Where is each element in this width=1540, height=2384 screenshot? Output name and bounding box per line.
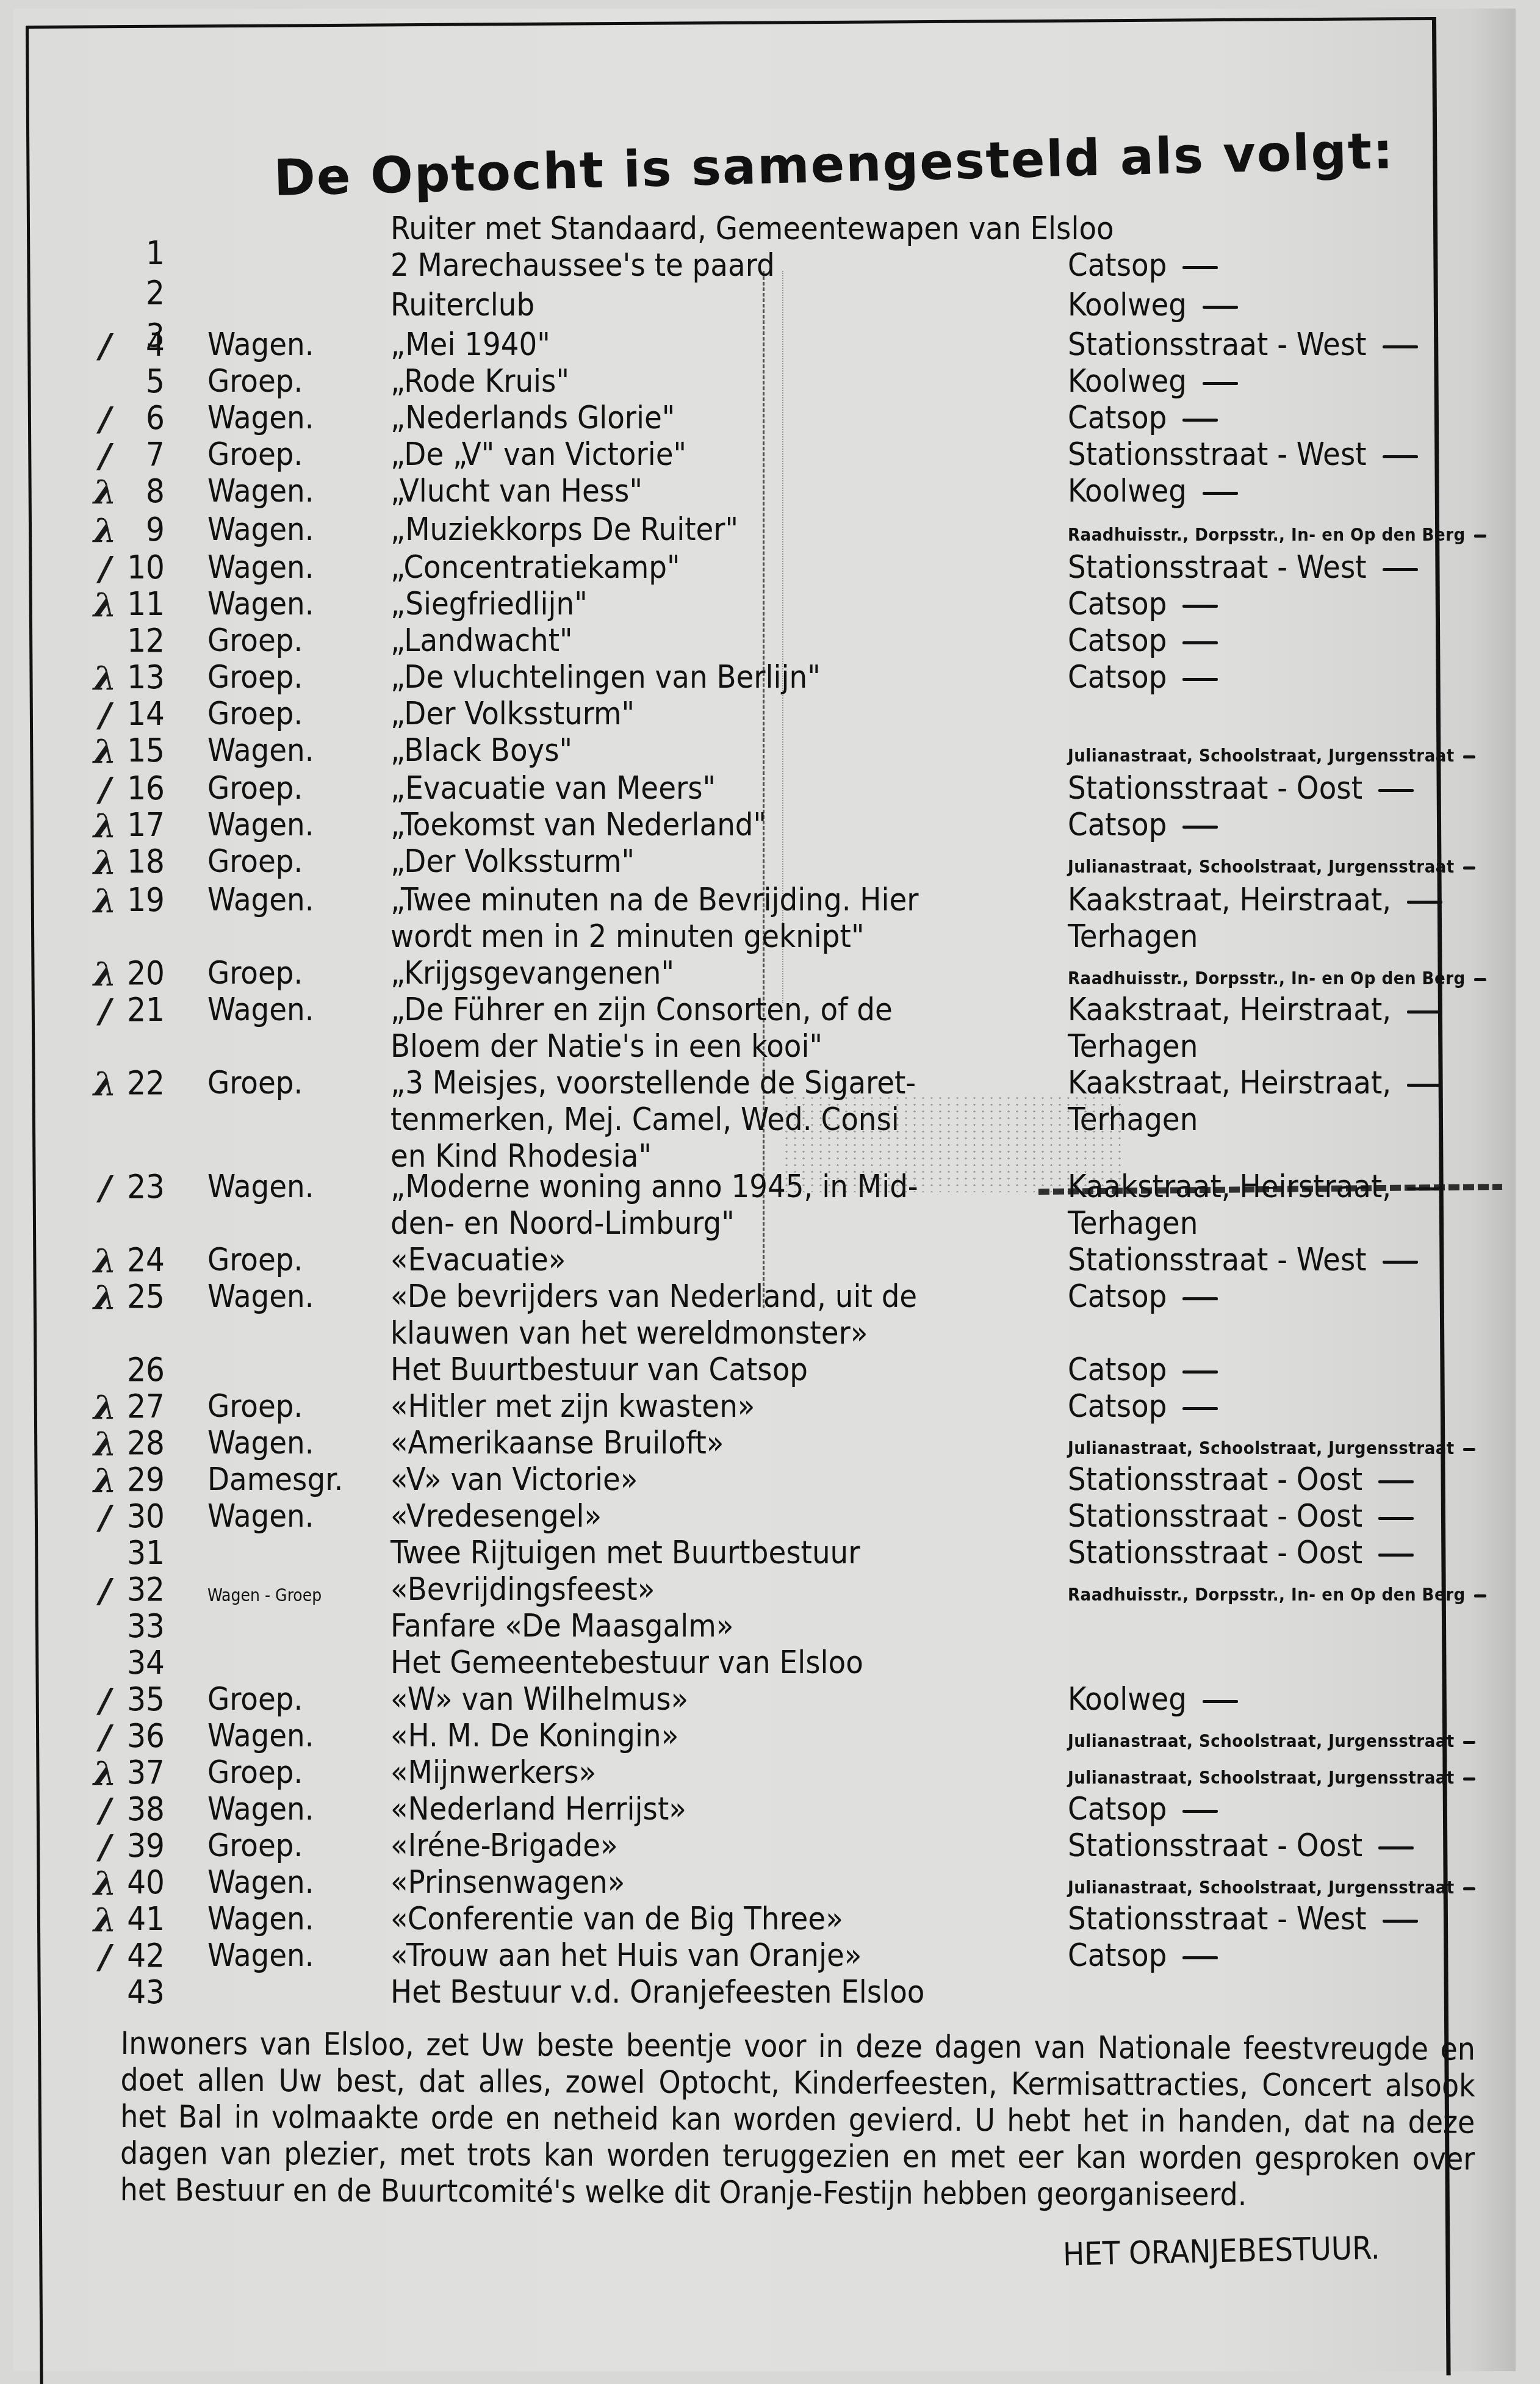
item-type: Wagen.	[207, 1425, 314, 1461]
parade-item: 1Ruiter met Standaard, Gemeentewapen van…	[0, 211, 1540, 247]
item-route: Julianastraat, Schoolstraat, Jurgensstra…	[1068, 1723, 1475, 1759]
item-type: Groep.	[207, 955, 303, 992]
description-line: «Hitler met zijn kwasten»	[390, 1388, 755, 1425]
route-line: Kaakstraat, Heirstraat,	[1068, 1065, 1442, 1101]
item-number: 41	[92, 1901, 165, 1937]
handwritten-dash-icon	[1378, 1554, 1414, 1557]
item-type: Groep.	[207, 1754, 303, 1791]
item-route: Julianastraat, Schoolstraat, Jurgensstra…	[1068, 1869, 1475, 1906]
item-description: „Siegfriedlijn"	[390, 586, 588, 622]
parade-item: /4Wagen.„Mei 1940"Stationsstraat - West	[0, 326, 1540, 363]
route-line: Raadhuisstr., Dorpsstr., In- en Op den B…	[1068, 516, 1486, 553]
description-line: Ruiterclub	[390, 287, 534, 323]
route-line: Terhagen	[1068, 1028, 1442, 1065]
description-line: «Nederland Herrijst»	[390, 1791, 686, 1828]
item-description: „Concentratiekamp"	[390, 549, 680, 586]
handwritten-dash-icon	[1203, 306, 1238, 309]
route-text: Raadhuisstr., Dorpsstr., In- en Op den B…	[1068, 968, 1466, 989]
parade-item: λ15Wagen.„Black Boys"Julianastraat, Scho…	[0, 732, 1540, 769]
parade-item: λ29Damesgr.«V» van Victorie»Stationsstra…	[0, 1461, 1540, 1498]
route-text: Koolweg	[1068, 1681, 1187, 1718]
item-description: «H. M. De Koningin»	[390, 1718, 678, 1754]
handwritten-dash-icon	[1182, 826, 1218, 829]
item-description: Fanfare «De Maasgalm»	[390, 1608, 733, 1644]
route-text: Stationsstraat - West	[1068, 436, 1367, 473]
route-line: Kaakstraat, Heirstraat,	[1068, 992, 1442, 1028]
description-line: „Moderne woning anno 1945, in Mid-	[390, 1169, 918, 1205]
handwritten-dash-icon	[1407, 1010, 1442, 1014]
item-type: Wagen.	[207, 326, 314, 363]
item-number: 35	[92, 1681, 165, 1718]
description-line: Het Buurtbestuur van Catsop	[390, 1352, 808, 1388]
item-description: Het Buurtbestuur van Catsop	[390, 1352, 808, 1388]
description-line: „Nederlands Glorie"	[390, 400, 675, 436]
item-description: „Vlucht van Hess"	[390, 473, 642, 510]
item-route: Catsop	[1068, 1352, 1218, 1388]
item-description: Ruiterclub	[390, 287, 534, 323]
handwritten-dash-icon	[1407, 1084, 1442, 1087]
route-line: Stationsstraat - Oost	[1068, 1498, 1414, 1535]
item-route: Julianastraat, Schoolstraat, Jurgensstra…	[1068, 737, 1475, 774]
item-route: Stationsstraat - West	[1068, 326, 1418, 363]
item-route: Catsop	[1068, 586, 1218, 622]
description-line: Twee Rijtuigen met Buurtbestuur	[390, 1535, 860, 1571]
description-line: «V» van Victorie»	[390, 1461, 638, 1498]
item-description: „Rode Kruis"	[390, 363, 569, 400]
route-line: Catsop	[1068, 622, 1218, 659]
item-description: «Hitler met zijn kwasten»	[390, 1388, 755, 1425]
item-number: 11	[92, 586, 165, 622]
item-number: 6	[92, 400, 165, 436]
handwritten-dash-icon	[1383, 568, 1418, 571]
item-number: 34	[92, 1644, 165, 1681]
handwritten-dash-icon	[1407, 1187, 1442, 1190]
item-description: «Vredesengel»	[390, 1498, 602, 1535]
item-number: 42	[92, 1937, 165, 1974]
route-line: Stationsstraat - Oost	[1068, 1828, 1414, 1864]
description-line: Ruiter met Standaard, Gemeentewapen van …	[390, 211, 1114, 247]
route-line: Catsop	[1068, 1352, 1218, 1388]
parade-item: 22 Marechaussee's te paardCatsop	[0, 247, 1540, 284]
description-line: „Rode Kruis"	[390, 363, 569, 400]
description-line: wordt men in 2 minuten geknipt"	[390, 918, 919, 955]
item-type: Wagen.	[207, 1864, 314, 1901]
parade-item: λ22Groep.„3 Meisjes, voorstellende de Si…	[0, 1065, 1540, 1101]
route-text: Catsop	[1068, 1278, 1167, 1315]
item-number: 21	[92, 992, 165, 1028]
route-text: Koolweg	[1068, 473, 1187, 510]
route-text: Stationsstraat - Oost	[1068, 1828, 1362, 1864]
route-text: Terhagen	[1068, 1205, 1198, 1242]
item-description: «De bevrijders van Nederland, uit deklau…	[390, 1278, 917, 1352]
item-type: Wagen.	[207, 732, 314, 769]
route-line: Kaakstraat, Heirstraat,	[1068, 1169, 1442, 1205]
parade-item: /39Groep.«Iréne-Brigade»Stationsstraat -…	[0, 1828, 1540, 1864]
item-route: Stationsstraat - Oost	[1068, 1498, 1414, 1535]
route-text: Catsop	[1068, 1791, 1167, 1828]
route-line: Koolweg	[1068, 473, 1238, 510]
item-type: Wagen.	[207, 511, 314, 548]
item-route: Catsop	[1068, 1278, 1218, 1315]
route-line: Julianastraat, Schoolstraat, Jurgensstra…	[1068, 848, 1475, 885]
route-line: Julianastraat, Schoolstraat, Jurgensstra…	[1068, 737, 1475, 774]
item-route: Catsop	[1068, 659, 1218, 696]
parade-item: 31Twee Rijtuigen met BuurtbestuurStation…	[0, 1535, 1540, 1571]
route-line: Stationsstraat - West	[1068, 326, 1418, 363]
route-line: Koolweg	[1068, 1681, 1238, 1718]
closing-text: Inwoners van Elsloo, zet Uw beste beentj…	[120, 2026, 1475, 2215]
item-number: 29	[92, 1461, 165, 1498]
route-line: Catsop	[1068, 807, 1218, 843]
parade-item: 3RuiterclubKoolweg	[0, 287, 1540, 323]
item-number: 40	[92, 1864, 165, 1901]
item-type: Wagen.	[207, 1901, 314, 1937]
parade-item: /38Wagen.«Nederland Herrijst»Catsop	[0, 1791, 1540, 1828]
handwritten-dash-icon	[1378, 789, 1414, 792]
route-line: Terhagen	[1068, 1101, 1442, 1138]
route-line: Koolweg	[1068, 363, 1238, 400]
parade-item: λ27Groep.«Hitler met zijn kwasten»Catsop	[0, 1388, 1540, 1425]
item-number: 22	[92, 1065, 165, 1101]
route-text: Stationsstraat - Oost	[1068, 770, 1362, 807]
parade-item: /21Wagen.„De Führer en zijn Consorten, o…	[0, 992, 1540, 1028]
item-type: Wagen.	[207, 473, 314, 510]
parade-item: 43Het Bestuur v.d. Oranjefeesten Elsloo	[0, 1974, 1540, 2011]
route-text: Catsop	[1068, 586, 1167, 622]
parade-item: /6Wagen.„Nederlands Glorie"Catsop	[0, 400, 1540, 436]
route-text: Julianastraat, Schoolstraat, Jurgensstra…	[1068, 1438, 1455, 1458]
parade-item: λ9Wagen.„Muziekkorps De Ruiter"Raadhuiss…	[0, 511, 1540, 548]
description-line: „Mei 1940"	[390, 326, 550, 363]
item-description: Twee Rijtuigen met Buurtbestuur	[390, 1535, 860, 1571]
item-type: Wagen.	[207, 1718, 314, 1754]
handwritten-dash-icon	[1182, 1370, 1218, 1374]
item-route: Koolweg	[1068, 363, 1238, 400]
item-description: „De „V" van Victorie"	[390, 436, 686, 473]
parade-item: 5Groep.„Rode Kruis"Koolweg	[0, 363, 1540, 400]
route-line: Kaakstraat, Heirstraat,	[1068, 882, 1442, 918]
description-line: „Krijgsgevangenen"	[390, 955, 674, 992]
item-type: Groep.	[207, 622, 303, 659]
description-line: «Vredesengel»	[390, 1498, 602, 1535]
handwritten-dash-icon	[1182, 1810, 1218, 1813]
item-description: „Landwacht"	[390, 622, 573, 659]
item-route: Stationsstraat - Oost	[1068, 770, 1414, 807]
handwritten-dash-icon	[1182, 641, 1218, 644]
description-line: „Landwacht"	[390, 622, 573, 659]
handwritten-dash-icon	[1182, 1297, 1218, 1300]
item-type: Groep.	[207, 363, 303, 400]
item-description: «Mijnwerkers»	[390, 1754, 596, 1791]
item-description: «Nederland Herrijst»	[390, 1791, 686, 1828]
item-route: Raadhuisstr., Dorpsstr., In- en Op den B…	[1068, 516, 1486, 553]
description-line: «Amerikaanse Bruiloft»	[390, 1425, 724, 1461]
route-line: Catsop	[1068, 1278, 1218, 1315]
parade-item: /32Wagen - Groep«Bevrijdingsfeest»Raadhu…	[0, 1571, 1540, 1608]
item-route: Kaakstraat, Heirstraat,Terhagen	[1068, 992, 1442, 1065]
handwritten-dash-icon	[1203, 492, 1238, 495]
item-number: 28	[92, 1425, 165, 1461]
handwritten-dash-icon	[1463, 1448, 1475, 1451]
item-description: „Nederlands Glorie"	[390, 400, 675, 436]
description-line: «Prinsenwagen»	[390, 1864, 625, 1901]
item-number: 18	[92, 843, 165, 880]
item-type: Groep.	[207, 1681, 303, 1718]
item-description: «V» van Victorie»	[390, 1461, 638, 1498]
item-number: 7	[92, 436, 165, 473]
parade-item: λ28Wagen.«Amerikaanse Bruiloft»Julianast…	[0, 1425, 1540, 1461]
description-line: „Der Volkssturm"	[390, 696, 635, 732]
route-line: Stationsstraat - West	[1068, 1901, 1418, 1937]
route-text: Stationsstraat - Oost	[1068, 1498, 1362, 1535]
item-route: Stationsstraat - West	[1068, 549, 1418, 586]
item-type: Groep.	[207, 843, 303, 880]
route-text: Stationsstraat - Oost	[1068, 1461, 1362, 1498]
closing-paragraph: Inwoners van Elsloo, zet Uw beste beentj…	[120, 2026, 1475, 2215]
parade-item: λ41Wagen.«Conferentie van de Big Three»S…	[0, 1901, 1540, 1937]
description-line: „Twee minuten na de Bevrijding. Hier	[390, 882, 919, 918]
route-line: Catsop	[1068, 1937, 1218, 1974]
route-text: Catsop	[1068, 807, 1167, 843]
item-number: 27	[92, 1388, 165, 1425]
item-route: Catsop	[1068, 1388, 1218, 1425]
parade-item: λ37Groep.«Mijnwerkers»Julianastraat, Sch…	[0, 1754, 1540, 1791]
route-line: Terhagen	[1068, 1205, 1442, 1242]
item-type: Wagen.	[207, 1937, 314, 1974]
route-text: Stationsstraat - West	[1068, 549, 1367, 586]
parade-item: λ25Wagen.«De bevrijders van Nederland, u…	[0, 1278, 1540, 1315]
handwritten-dash-icon	[1182, 1407, 1218, 1410]
item-type: Groep.	[207, 1828, 303, 1864]
parade-item: /16Groep.„Evacuatie van Meers"Stationsst…	[0, 770, 1540, 807]
handwritten-dash-icon	[1182, 419, 1218, 422]
item-description: «Amerikaanse Bruiloft»	[390, 1425, 724, 1461]
item-number: 15	[92, 732, 165, 769]
item-route: Stationsstraat - Oost	[1068, 1828, 1414, 1864]
route-text: Stationsstraat - Oost	[1068, 1535, 1362, 1571]
item-number: 37	[92, 1754, 165, 1791]
route-line: Julianastraat, Schoolstraat, Jurgensstra…	[1068, 1723, 1475, 1759]
item-number: 4	[92, 326, 165, 363]
item-description: 2 Marechaussee's te paard	[390, 247, 775, 284]
item-number: 5	[92, 363, 165, 400]
route-line: Stationsstraat - Oost	[1068, 1461, 1414, 1498]
description-line: „Toekomst van Nederland"	[390, 807, 766, 843]
item-description: „Der Volkssturm"	[390, 696, 635, 732]
description-line: „Evacuatie van Meers"	[390, 770, 716, 807]
parade-item: λ13Groep.„De vluchtelingen van Berlijn"C…	[0, 659, 1540, 696]
item-route: Julianastraat, Schoolstraat, Jurgensstra…	[1068, 848, 1475, 885]
route-text: Catsop	[1068, 622, 1167, 659]
item-description: «Trouw aan het Huis van Oranje»	[390, 1937, 862, 1974]
item-route: Catsop	[1068, 807, 1218, 843]
description-line: den- en Noord-Limburg"	[390, 1205, 918, 1242]
item-type: Wagen.	[207, 1169, 314, 1205]
item-number: 31	[92, 1535, 165, 1571]
route-line: Julianastraat, Schoolstraat, Jurgensstra…	[1068, 1759, 1475, 1796]
handwritten-dash-icon	[1383, 1920, 1418, 1923]
route-text: Catsop	[1068, 1352, 1167, 1388]
description-line: „Vlucht van Hess"	[390, 473, 642, 510]
item-description: Het Bestuur v.d. Oranjefeesten Elsloo	[390, 1974, 924, 2011]
item-number: 39	[92, 1828, 165, 1864]
item-route: Stationsstraat - West	[1068, 1242, 1418, 1278]
parade-item: λ24Groep.«Evacuatie»Stationsstraat - Wes…	[0, 1242, 1540, 1278]
route-line: Stationsstraat - West	[1068, 1242, 1418, 1278]
route-text: Catsop	[1068, 1937, 1167, 1974]
description-line: «Trouw aan het Huis van Oranje»	[390, 1937, 862, 1974]
description-line: «De bevrijders van Nederland, uit de	[390, 1278, 917, 1315]
parade-item: λ18Groep.„Der Volkssturm"Julianastraat, …	[0, 843, 1540, 880]
item-number: 9	[92, 511, 165, 548]
route-line: Stationsstraat - West	[1068, 549, 1418, 586]
route-text: Koolweg	[1068, 287, 1187, 323]
route-text: Catsop	[1068, 247, 1167, 284]
route-text: Kaakstraat, Heirstraat,	[1068, 1169, 1391, 1205]
route-line: Stationsstraat - Oost	[1068, 1535, 1414, 1571]
parade-item: /30Wagen.«Vredesengel»Stationsstraat - O…	[0, 1498, 1540, 1535]
description-line: Het Bestuur v.d. Oranjefeesten Elsloo	[390, 1974, 924, 2011]
parade-item: λ11Wagen.„Siegfriedlijn"Catsop	[0, 586, 1540, 622]
item-number: 12	[92, 622, 165, 659]
route-line: Stationsstraat - Oost	[1068, 770, 1414, 807]
item-description: „De Führer en zijn Consorten, of deBloem…	[390, 992, 893, 1065]
description-line: „Black Boys"	[390, 732, 572, 769]
description-line: „De Führer en zijn Consorten, of de	[390, 992, 893, 1028]
route-text: Raadhuisstr., Dorpsstr., In- en Op den B…	[1068, 1584, 1466, 1605]
route-text: Kaakstraat, Heirstraat,	[1068, 1065, 1391, 1101]
handwritten-dash-icon	[1378, 1517, 1414, 1520]
route-text: Stationsstraat - West	[1068, 326, 1367, 363]
route-text: Terhagen	[1068, 1028, 1198, 1065]
description-line: „De vluchtelingen van Berlijn"	[390, 659, 821, 696]
parade-item: λ17Wagen.„Toekomst van Nederland"Catsop	[0, 807, 1540, 843]
item-type: Groep.	[207, 1242, 303, 1278]
item-description: „Muziekkorps De Ruiter"	[390, 511, 738, 548]
item-route: Koolweg	[1068, 473, 1238, 510]
handwritten-dash-icon	[1182, 678, 1218, 681]
item-description: „Krijgsgevangenen"	[390, 955, 674, 992]
route-line: Stationsstraat - West	[1068, 436, 1418, 473]
description-line: „Der Volkssturm"	[390, 843, 635, 880]
route-line: Catsop	[1068, 400, 1218, 436]
item-route: Julianastraat, Schoolstraat, Jurgensstra…	[1068, 1759, 1475, 1796]
item-route: Catsop	[1068, 247, 1218, 284]
route-line: Terhagen	[1068, 918, 1442, 955]
route-text: Catsop	[1068, 1388, 1167, 1425]
route-line: Catsop	[1068, 247, 1218, 284]
handwritten-dash-icon	[1182, 266, 1218, 269]
description-line: «Conferentie van de Big Three»	[390, 1901, 843, 1937]
description-line: tenmerken, Mej. Camel, Wed. Consi	[390, 1101, 916, 1138]
signature: HET ORANJEBESTUUR.	[1062, 2230, 1380, 2274]
route-line: Catsop	[1068, 659, 1218, 696]
item-description: „Black Boys"	[390, 732, 572, 769]
item-route: Kaakstraat, Heirstraat,Terhagen	[1068, 1065, 1442, 1138]
route-line: Raadhuisstr., Dorpsstr., In- en Op den B…	[1068, 1576, 1486, 1613]
handwritten-dash-icon	[1474, 1594, 1486, 1597]
description-line: «Bevrijdingsfeest»	[390, 1571, 655, 1608]
route-text: Koolweg	[1068, 363, 1187, 400]
item-type: Wagen.	[207, 1498, 314, 1535]
handwritten-dash-icon	[1383, 455, 1418, 458]
item-description: „3 Meisjes, voorstellende de Sigaret-ten…	[390, 1065, 916, 1175]
item-type: Wagen.	[207, 549, 314, 586]
route-line: Julianastraat, Schoolstraat, Jurgensstra…	[1068, 1869, 1475, 1906]
item-route: Kaakstraat, Heirstraat,Terhagen	[1068, 882, 1442, 955]
parade-item: λ40Wagen.«Prinsenwagen»Julianastraat, Sc…	[0, 1864, 1540, 1901]
item-description: «Conferentie van de Big Three»	[390, 1901, 843, 1937]
parade-item: /42Wagen.«Trouw aan het Huis van Oranje»…	[0, 1937, 1540, 1974]
item-description: Ruiter met Standaard, Gemeentewapen van …	[390, 211, 1114, 247]
parade-item: /10Wagen.„Concentratiekamp"Stationsstraa…	[0, 549, 1540, 586]
parade-item: 26Het Buurtbestuur van CatsopCatsop	[0, 1352, 1540, 1388]
item-number: 30	[92, 1498, 165, 1535]
route-text: Catsop	[1068, 400, 1167, 436]
handwritten-dash-icon	[1463, 1777, 1475, 1781]
item-type: Groep.	[207, 1388, 303, 1425]
parade-item: /7Groep.„De „V" van Victorie"Stationsstr…	[0, 436, 1540, 473]
item-type: Wagen.	[207, 586, 314, 622]
route-text: Terhagen	[1068, 918, 1198, 955]
item-number: 17	[92, 807, 165, 843]
route-text: Julianastraat, Schoolstraat, Jurgensstra…	[1068, 1730, 1455, 1751]
item-route: Kaakstraat, Heirstraat,Terhagen	[1068, 1169, 1442, 1242]
item-route: Stationsstraat - Oost	[1068, 1535, 1414, 1571]
route-line: Catsop	[1068, 1388, 1218, 1425]
item-route: Stationsstraat - Oost	[1068, 1461, 1414, 1498]
route-text: Julianastraat, Schoolstraat, Jurgensstra…	[1068, 745, 1455, 766]
description-line: «H. M. De Koningin»	[390, 1718, 678, 1754]
route-line: Julianastraat, Schoolstraat, Jurgensstra…	[1068, 1430, 1475, 1466]
item-number: 10	[92, 549, 165, 586]
item-description: „Der Volkssturm"	[390, 843, 635, 880]
item-number: 19	[92, 882, 165, 918]
item-type: Groep.	[207, 659, 303, 696]
description-line: „Concentratiekamp"	[390, 549, 680, 586]
item-number: 36	[92, 1718, 165, 1754]
handwritten-dash-icon	[1378, 1480, 1414, 1483]
handwritten-dash-icon	[1203, 1700, 1238, 1703]
route-text: Catsop	[1068, 659, 1167, 696]
item-route: Catsop	[1068, 1791, 1218, 1828]
item-route: Raadhuisstr., Dorpsstr., In- en Op den B…	[1068, 1576, 1486, 1613]
description-line: Bloem der Natie's in een kooi"	[390, 1028, 893, 1065]
item-type: Damesgr.	[207, 1461, 343, 1498]
item-type: Wagen.	[207, 807, 314, 843]
item-number: 8	[92, 473, 165, 510]
route-text: Kaakstraat, Heirstraat,	[1068, 882, 1391, 918]
description-line: «W» van Wilhelmus»	[390, 1681, 688, 1718]
item-type: Wagen.	[207, 400, 314, 436]
item-route: Koolweg	[1068, 1681, 1238, 1718]
item-description: „Toekomst van Nederland"	[390, 807, 766, 843]
item-number: 13	[92, 659, 165, 696]
item-type: Groep.	[207, 696, 303, 732]
item-route: Stationsstraat - West	[1068, 1901, 1418, 1937]
item-number: 24	[92, 1242, 165, 1278]
description-line: 2 Marechaussee's te paard	[390, 247, 775, 284]
route-text: Terhagen	[1068, 1101, 1198, 1138]
item-type: Wagen.	[207, 882, 314, 918]
item-route: Catsop	[1068, 622, 1218, 659]
parade-item: λ8Wagen.„Vlucht van Hess"Koolweg	[0, 473, 1540, 510]
item-number: 16	[92, 770, 165, 807]
route-text: Stationsstraat - West	[1068, 1242, 1367, 1278]
item-number: 20	[92, 955, 165, 992]
description-line: Het Gemeentebestuur van Elsloo	[390, 1644, 863, 1681]
description-line: „De „V" van Victorie"	[390, 436, 686, 473]
